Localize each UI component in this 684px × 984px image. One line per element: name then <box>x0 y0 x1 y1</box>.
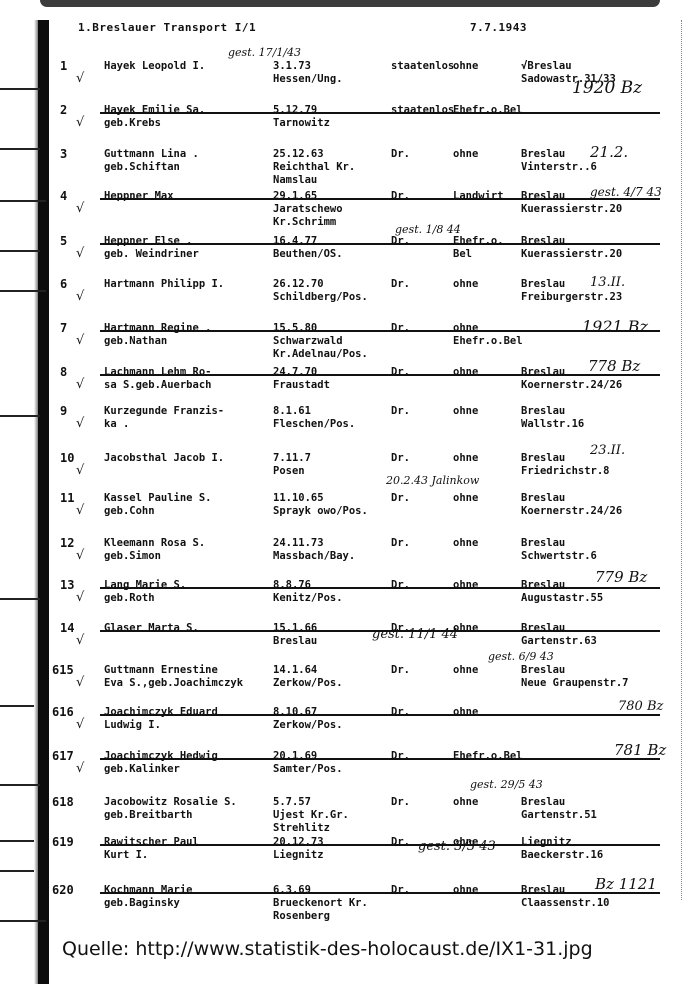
entry-address: Breslau <box>521 537 565 550</box>
strike-through-line <box>100 198 660 200</box>
handwritten-note: 1921 Bz <box>582 320 648 333</box>
scanned-document: 1.Breslauer Transport I/1 7.7.1943 1√Hay… <box>0 0 684 984</box>
entry-occupation: ohne <box>453 884 478 897</box>
entry-name: Hayek Leopold I. <box>104 60 205 73</box>
strike-through-line <box>100 112 660 114</box>
entry-number: 2 <box>60 104 67 117</box>
handwritten-note: 13.II. <box>590 276 625 289</box>
entry-occupation: ohne <box>453 706 478 719</box>
entry-occupation: ohne <box>453 492 478 505</box>
entry-name: Kochmann Marie <box>104 884 193 897</box>
entry-name: geb.Schiftan <box>104 161 180 174</box>
entry-number: 13 <box>60 579 74 592</box>
entry-occupation: ohne <box>453 452 478 465</box>
entry-address: Gartenstr.63 <box>521 635 597 648</box>
entry-birth: 16.4.77 <box>273 235 317 248</box>
handwritten-note: gest. 1/8 44 <box>395 223 461 236</box>
entry-status: Dr. <box>391 836 410 849</box>
entry-address: Breslau <box>521 452 565 465</box>
transport-title: 1.Breslauer Transport I/1 <box>78 21 256 34</box>
entry-number: 12 <box>60 537 74 550</box>
binding-edge <box>38 20 49 984</box>
entry-occupation: ohne <box>453 579 478 592</box>
entry-name: Eva S.,geb.Joachimczyk <box>104 677 243 690</box>
entry-birth: 3.1.73 <box>273 60 311 73</box>
handwritten-note: gest. 11/1 44 <box>372 628 458 641</box>
entry-name: Jacobowitz Rosalie S. <box>104 796 237 809</box>
entry-number: 4 <box>60 190 67 203</box>
entry-birth: Schwarzwald <box>273 335 343 348</box>
entry-status: Dr. <box>391 366 410 379</box>
page-right-edge <box>679 20 682 900</box>
binding-tick <box>0 784 40 786</box>
handwritten-note: gest. 17/1/43 <box>228 46 301 59</box>
entry-address: Breslau <box>521 235 565 248</box>
handwritten-note: 21.2. <box>590 146 628 159</box>
check-mark: √ <box>76 202 84 215</box>
entry-birth: 5.12.79 <box>273 104 317 117</box>
entry-address: Breslau <box>521 579 565 592</box>
check-mark: √ <box>76 378 84 391</box>
check-mark: √ <box>76 116 84 129</box>
entry-birth: Massbach/Bay. <box>273 550 355 563</box>
handwritten-note: 779 Bz <box>595 571 647 584</box>
check-mark: √ <box>76 72 84 85</box>
strike-through-line <box>100 374 660 376</box>
entry-name: geb.Breitbarth <box>104 809 193 822</box>
entry-number: 620 <box>52 884 74 897</box>
entry-address: Breslau <box>521 884 565 897</box>
check-mark: √ <box>76 549 84 562</box>
handwritten-note: 1920 Bz <box>572 82 642 95</box>
entry-birth: Tarnowitz <box>273 117 330 130</box>
entry-name: Lang Marie S. <box>104 579 186 592</box>
entry-number: 9 <box>60 405 67 418</box>
entry-status: Dr. <box>391 405 410 418</box>
entry-birth: 26.12.70 <box>273 278 324 291</box>
entry-name: Glaser Marta S. <box>104 622 199 635</box>
entry-birth: 8.10.67 <box>273 706 317 719</box>
strike-through-line <box>100 758 660 760</box>
entry-occupation: ohne <box>453 148 478 161</box>
binding-tick <box>0 250 40 252</box>
entry-birth: Zerkow/Pos. <box>273 719 343 732</box>
transport-date: 7.7.1943 <box>470 21 527 34</box>
entry-name: Lachmann Lehm Ro- <box>104 366 211 379</box>
entry-address: Kuerassierstr.20 <box>521 248 622 261</box>
entry-status: Dr. <box>391 537 410 550</box>
handwritten-note: 780 Bz <box>618 700 663 713</box>
entry-name: Kurt I. <box>104 849 148 862</box>
entry-birth: 15.5.80 <box>273 322 317 335</box>
binding-tick <box>0 598 40 600</box>
entry-name: Heppner Max <box>104 190 174 203</box>
handwritten-note: 781 Bz <box>614 744 666 757</box>
entry-birth: Breslau <box>273 635 317 648</box>
entry-address: Freiburgerstr.23 <box>521 291 622 304</box>
binding-tick <box>0 88 40 90</box>
check-mark: √ <box>76 718 84 731</box>
entry-birth: 8.8.76 <box>273 579 311 592</box>
entry-name: sa S.geb.Auerbach <box>104 379 211 392</box>
entry-name: Kleemann Rosa S. <box>104 537 205 550</box>
entry-birth: Ujest Kr.Gr. <box>273 809 349 822</box>
strike-through-line <box>100 844 660 846</box>
handwritten-note: 20.2.43 Jalinkow <box>386 474 479 487</box>
check-mark: √ <box>76 334 84 347</box>
entry-occupation: ohne <box>453 537 478 550</box>
binding-tick <box>0 840 34 842</box>
entry-occupation: Ehefr.o.Bel <box>453 335 523 348</box>
entry-address: Breslau <box>521 622 565 635</box>
entry-birth: Zerkow/Pos. <box>273 677 343 690</box>
entry-name: ka . <box>104 418 129 431</box>
entry-name: Kassel Pauline S. <box>104 492 211 505</box>
entry-address: √Breslau <box>521 60 572 73</box>
entry-status: Dr. <box>391 492 410 505</box>
entry-address: Liegnitz <box>521 836 572 849</box>
entry-address: Friedrichstr.8 <box>521 465 610 478</box>
entry-status: Dr. <box>391 452 410 465</box>
entry-status: Dr. <box>391 664 410 677</box>
strike-through-line <box>100 243 660 245</box>
entry-occupation: ohne <box>453 278 478 291</box>
entry-name: Ludwig I. <box>104 719 161 732</box>
binding-tick <box>0 705 34 707</box>
entry-status: Dr. <box>391 148 410 161</box>
entry-number: 615 <box>52 664 74 677</box>
entry-birth: 5.7.57 <box>273 796 311 809</box>
entry-address: Breslau <box>521 492 565 505</box>
entry-name: geb.Nathan <box>104 335 167 348</box>
entry-name: geb.Krebs <box>104 117 161 130</box>
entry-occupation: ohne <box>453 405 478 418</box>
entry-birth: Brueckenort Kr. <box>273 897 368 910</box>
entry-birth: 11.10.65 <box>273 492 324 505</box>
scan-edge-smudge <box>40 0 660 7</box>
entry-birth: Liegnitz <box>273 849 324 862</box>
handwritten-note: 778 Bz <box>588 360 640 373</box>
entry-status: Dr. <box>391 190 410 203</box>
entry-number: 14 <box>60 622 74 635</box>
entry-name: geb.Baginsky <box>104 897 180 910</box>
entry-name: geb.Kalinker <box>104 763 180 776</box>
entry-name: Guttmann Ernestine <box>104 664 218 677</box>
entry-occupation: Bel <box>453 248 472 261</box>
entry-address: Augustastr.55 <box>521 592 603 605</box>
entry-address: Wallstr.16 <box>521 418 584 431</box>
entry-status: Dr. <box>391 706 410 719</box>
check-mark: √ <box>76 247 84 260</box>
entry-birth: 24.11.73 <box>273 537 324 550</box>
entry-name: Hayek Emilie Sa. <box>104 104 205 117</box>
entry-birth: Posen <box>273 465 305 478</box>
entry-birth: Schildberg/Pos. <box>273 291 368 304</box>
entry-name: Guttmann Lina . <box>104 148 199 161</box>
entry-address: Koernerstr.24/26 <box>521 505 622 518</box>
entry-status: Dr. <box>391 278 410 291</box>
check-mark: √ <box>76 634 84 647</box>
entry-address: Breslau <box>521 405 565 418</box>
entry-occupation: Ehefr.o.Bel <box>453 104 523 117</box>
entry-occupation: ohne <box>453 322 478 335</box>
entry-name: Hartmann Regine . <box>104 322 211 335</box>
entry-occupation: ohne <box>453 796 478 809</box>
check-mark: √ <box>76 762 84 775</box>
entry-occupation: ohne <box>453 60 478 73</box>
entry-occupation: Ehefr.o. <box>453 235 504 248</box>
entry-birth: Kr.Adelnau/Pos. <box>273 348 368 361</box>
binding-tick <box>0 920 46 922</box>
handwritten-note: gest. 6/9 43 <box>488 650 554 663</box>
handwritten-note: gest. 4/7 43 <box>590 186 662 199</box>
entry-birth: 29.1.65 <box>273 190 317 203</box>
entry-birth: 15.1.66 <box>273 622 317 635</box>
entry-number: 5 <box>60 235 67 248</box>
entry-address: Claassenstr.10 <box>521 897 610 910</box>
entry-name: geb. Weindriner <box>104 248 199 261</box>
entry-number: 8 <box>60 366 67 379</box>
entry-status: Dr. <box>391 235 410 248</box>
entry-occupation: ohne <box>453 664 478 677</box>
entry-address: Neue Graupenstr.7 <box>521 677 628 690</box>
entry-address: Koernerstr.24/26 <box>521 379 622 392</box>
entry-birth: 8.1.61 <box>273 405 311 418</box>
check-mark: √ <box>76 290 84 303</box>
entry-name: Joachimczyk Hedwig <box>104 750 218 763</box>
entry-birth: 20.1.69 <box>273 750 317 763</box>
entry-name: Rawitscher Paul <box>104 836 199 849</box>
entry-number: 617 <box>52 750 74 763</box>
check-mark: √ <box>76 417 84 430</box>
entry-number: 10 <box>60 452 74 465</box>
entry-birth: Kr.Schrimm <box>273 216 336 229</box>
entry-status: Dr. <box>391 796 410 809</box>
strike-through-line <box>100 587 660 589</box>
entry-number: 11 <box>60 492 74 505</box>
entry-number: 1 <box>60 60 67 73</box>
entry-status: Dr. <box>391 884 410 897</box>
entry-birth: 7.11.7 <box>273 452 311 465</box>
entry-number: 3 <box>60 148 67 161</box>
entry-address: Vinterstr..6 <box>521 161 597 174</box>
binding-tick <box>0 200 46 202</box>
entry-address: Breslau <box>521 148 565 161</box>
entry-address: Breslau <box>521 664 565 677</box>
handwritten-note: 23.II. <box>590 444 625 457</box>
entry-occupation: ohne <box>453 366 478 379</box>
entry-birth: Jaratschewo <box>273 203 343 216</box>
binding-tick <box>0 415 40 417</box>
entry-address: Breslau <box>521 190 565 203</box>
entry-address: Breslau <box>521 366 565 379</box>
entry-birth: 24.7.70 <box>273 366 317 379</box>
strike-through-line <box>100 330 660 332</box>
entry-birth: 6.3.69 <box>273 884 311 897</box>
source-caption: Quelle: http://www.statistik-des-holocau… <box>62 938 593 960</box>
entry-number: 619 <box>52 836 74 849</box>
entry-birth: Rosenberg <box>273 910 330 923</box>
entry-address: Breslau <box>521 796 565 809</box>
entry-occupation: Landwirt <box>453 190 504 203</box>
entry-birth: Namslau <box>273 174 317 187</box>
entry-birth: Beuthen/OS. <box>273 248 343 261</box>
entry-birth: Fraustadt <box>273 379 330 392</box>
handwritten-note: gest. 3/3 43 <box>418 840 496 853</box>
entry-status: staatenlos <box>391 60 454 73</box>
handwritten-note: gest. 29/5 43 <box>470 778 543 791</box>
handwritten-note: Bz 1121 <box>595 878 657 891</box>
entry-birth: 25.12.63 <box>273 148 324 161</box>
entry-address: Gartenstr.51 <box>521 809 597 822</box>
entry-address: Breslau <box>521 278 565 291</box>
entry-birth: 20.12.73 <box>273 836 324 849</box>
entry-address: Baeckerstr.16 <box>521 849 603 862</box>
entry-name: Heppner Else . <box>104 235 193 248</box>
binding-tick <box>0 290 46 292</box>
entry-number: 618 <box>52 796 74 809</box>
entry-name: geb.Simon <box>104 550 161 563</box>
entry-birth: Hessen/Ung. <box>273 73 343 86</box>
entry-address: Schwertstr.6 <box>521 550 597 563</box>
entry-status: Dr. <box>391 750 410 763</box>
entry-number: 616 <box>52 706 74 719</box>
binding-tick <box>0 148 40 150</box>
check-mark: √ <box>76 504 84 517</box>
entry-birth: Sprayk owo/Pos. <box>273 505 368 518</box>
entry-name: Hartmann Philipp I. <box>104 278 224 291</box>
entry-name: Kurzegunde Franzis- <box>104 405 224 418</box>
entry-status: staatenlos <box>391 104 454 117</box>
entry-birth: Kenitz/Pos. <box>273 592 343 605</box>
entry-name: Joachimczyk Eduard <box>104 706 218 719</box>
binding-tick <box>0 870 34 872</box>
entry-name: geb.Cohn <box>104 505 155 518</box>
check-mark: √ <box>76 676 84 689</box>
entry-occupation: Ehefr.o.Bel <box>453 750 523 763</box>
entry-name: Jacobsthal Jacob I. <box>104 452 224 465</box>
entry-address: Kuerassierstr.20 <box>521 203 622 216</box>
entry-birth: Strehlitz <box>273 822 330 835</box>
entry-birth: Samter/Pos. <box>273 763 343 776</box>
entry-birth: Reichthal Kr. <box>273 161 355 174</box>
entry-status: Dr. <box>391 579 410 592</box>
entry-status: Dr. <box>391 322 410 335</box>
entry-birth: 14.1.64 <box>273 664 317 677</box>
entry-number: 6 <box>60 278 67 291</box>
entry-number: 7 <box>60 322 67 335</box>
strike-through-line <box>100 892 660 894</box>
check-mark: √ <box>76 591 84 604</box>
entry-birth: Fleschen/Pos. <box>273 418 355 431</box>
check-mark: √ <box>76 464 84 477</box>
entry-name: geb.Roth <box>104 592 155 605</box>
strike-through-line <box>100 714 660 716</box>
